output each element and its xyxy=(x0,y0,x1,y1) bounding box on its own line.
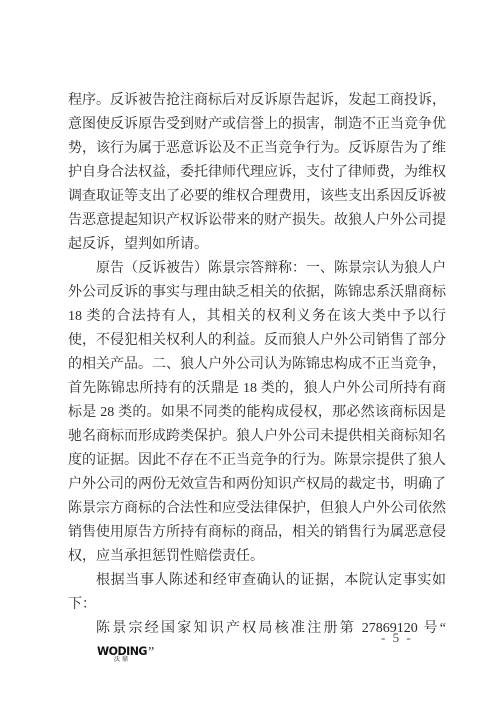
document-text-block: 程序。反诉被告抢注商标后对反诉原告起诉，发起工商投诉，意图使反诉原告受到财产或信… xyxy=(68,89,446,665)
trademark-latin-text: WODING xyxy=(69,646,147,658)
document-page: 程序。反诉被告抢注商标后对反诉原告起诉，发起工商投诉，意图使反诉原告受到财产或信… xyxy=(0,0,500,707)
page-number: - 5 - xyxy=(381,630,413,646)
body-paragraph-defense-statement: 原告（反诉被告）陈景宗答辩称：一、陈景宗认为狼人户外公司反诉的事实与理由缺乏相关… xyxy=(68,257,446,569)
woding-trademark-logo: WODING沃鼎 xyxy=(69,646,147,663)
registration-closing-quote: ” xyxy=(148,645,154,660)
body-paragraph-court-findings-intro: 根据当事人陈述和经审查确认的证据，本院认定事实如下： xyxy=(68,569,446,617)
body-paragraph-continuation: 程序。反诉被告抢注商标后对反诉原告起诉，发起工商投诉，意图使反诉原告受到财产或信… xyxy=(68,89,446,257)
